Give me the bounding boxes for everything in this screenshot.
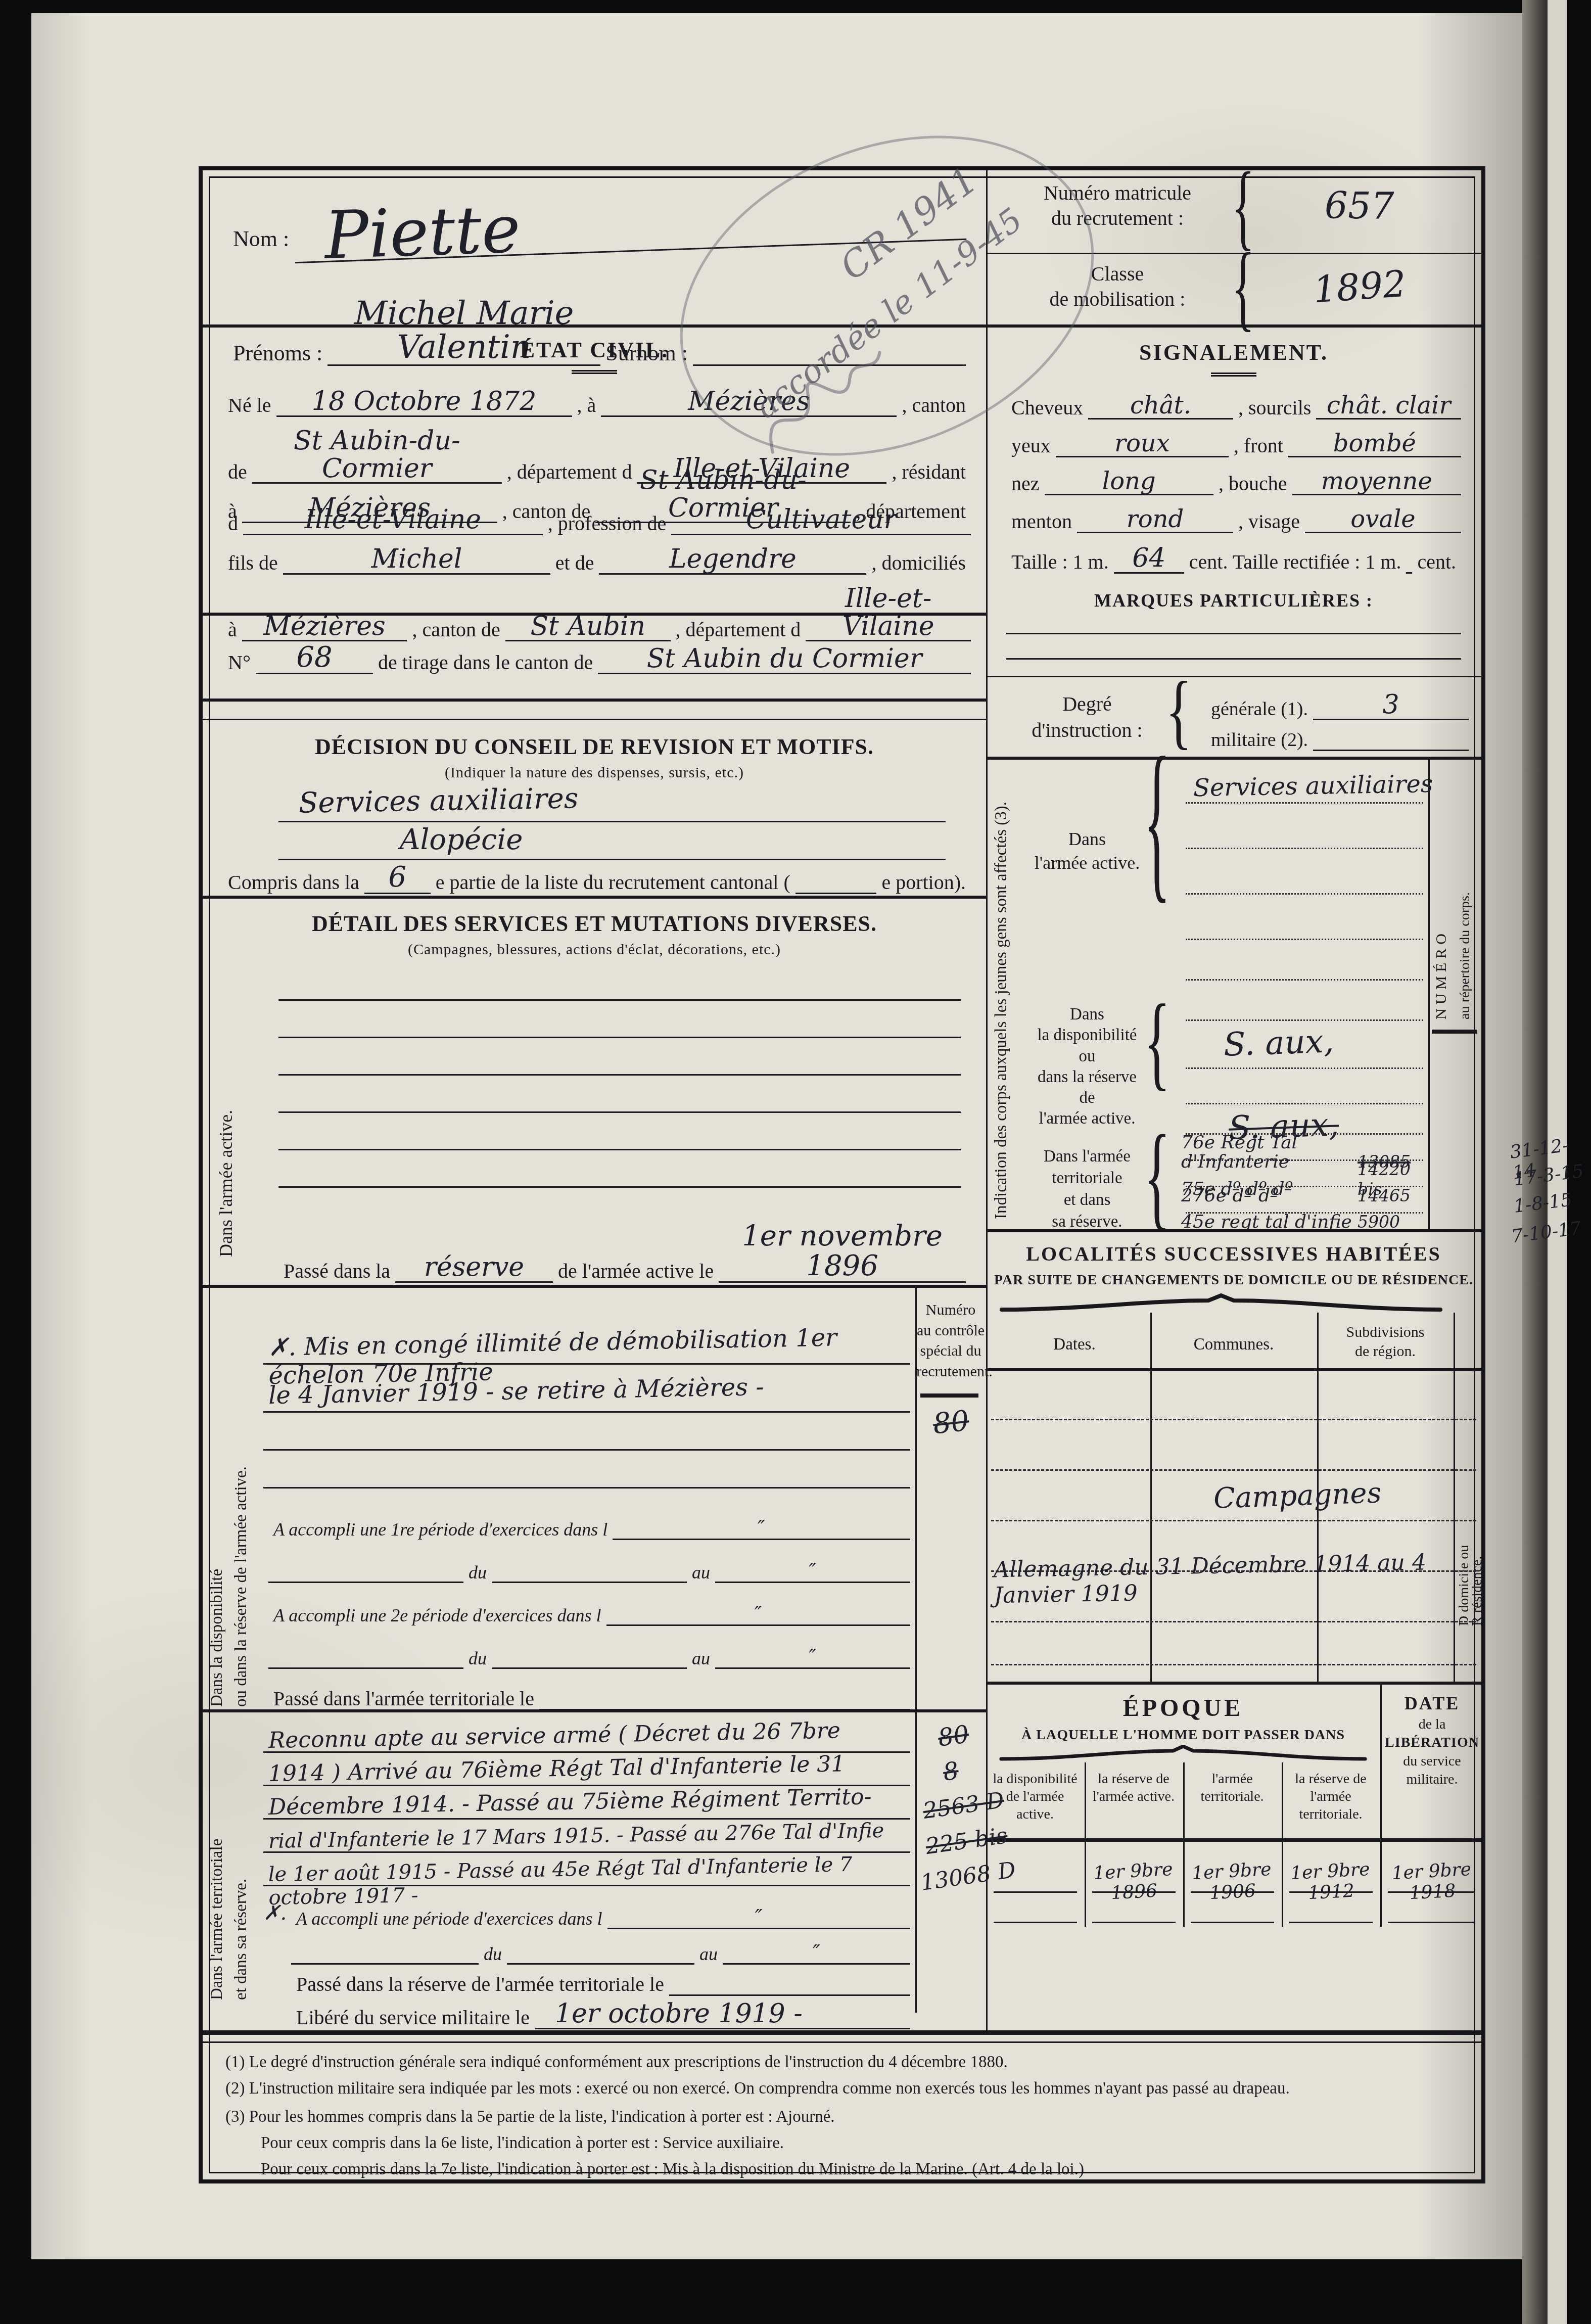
parents-canton-value: St Aubin: [505, 613, 671, 642]
epoque-title: ÉPOQUE: [986, 1694, 1380, 1722]
profession-value: Cultivateur: [671, 506, 971, 535]
sourcils-value: chât. clair: [1316, 393, 1461, 420]
a-label: , à: [572, 393, 601, 417]
matricule-form: Nom : Piette Prénoms : Michel Marie Vale…: [199, 166, 1485, 2183]
dispo-du-au-row-2: du au ″: [268, 1646, 910, 1669]
degre-generale-value: 3: [1313, 691, 1469, 720]
corps-g2-label-5: de: [1032, 1088, 1143, 1108]
corps-g2-label-6: l'armée active.: [1032, 1108, 1143, 1129]
nom-label: Nom :: [228, 226, 294, 252]
passe-reserve-date: 1er novembre 1896: [719, 1222, 966, 1283]
numero-controle-header-rule: [920, 1393, 978, 1398]
terr-hw-line: le 1er août 1915 - Passé au 45e Régt Tal…: [268, 1852, 910, 1910]
section-rule: [986, 1682, 1481, 1685]
au-label: au: [694, 1943, 723, 1965]
section-rule: [203, 896, 986, 899]
ditto-mark: ″: [613, 1517, 910, 1540]
footnote-3: (3) Pour les hommes compris dans la 5e p…: [225, 2108, 1459, 2126]
bouche-value: moyenne: [1292, 469, 1461, 495]
sig-row-1: Cheveux chât. , sourcils chât. clair: [1006, 393, 1461, 420]
corps-g1-label: Dans l'armée active.: [1032, 827, 1143, 875]
epoque-col-header: l'armée territoriale.: [1184, 1770, 1280, 1805]
footnote-2: (2) L'instruction militaire sera indiqué…: [225, 2079, 1459, 2098]
visage-value: ovale: [1305, 506, 1461, 533]
dispo-side-label-1: Dans la disponibilité: [208, 1323, 226, 1707]
compris-row: Compris dans la 6 e partie de la liste d…: [223, 863, 971, 894]
sig-row-4: menton rond , visage ovale: [1006, 506, 1461, 533]
x-mark: ✗.: [263, 1901, 287, 1925]
ruled-line: [1092, 1922, 1176, 1923]
ruled-line: [278, 859, 946, 860]
tirage-canton-value: St Aubin du Cormier: [598, 645, 971, 674]
corps-g2-label: Dans la disponibilité ou dans la réserve…: [1032, 1004, 1143, 1130]
table-row-line: [991, 1520, 1476, 1521]
corps-g2-label-3: ou: [1032, 1046, 1143, 1067]
dotted-line: [1186, 1103, 1423, 1104]
sig-row-2: yeux roux , front bombé: [1006, 431, 1461, 457]
corps-row: 276e dº dº 14465: [1178, 1186, 1428, 1205]
corps-g1-label-2: l'armée active.: [1032, 851, 1143, 875]
detail-title: DÉTAIL DES SERVICES ET MUTATIONS DIVERSE…: [203, 911, 986, 937]
menton-value: rond: [1077, 506, 1233, 533]
dispo-periode1-row: A accompli une 1re période d'exercices d…: [268, 1517, 910, 1540]
libere-label: Libéré du service militaire le: [291, 2006, 535, 2029]
epoque-date-header: DATE de la LIBÉRATION du service militai…: [1383, 1692, 1481, 1789]
periode2-label: A accompli une 2e période d'exercices da…: [268, 1605, 606, 1626]
ditto-mark: ″: [715, 1560, 910, 1583]
residence-departement-value: Ille-et-Vilaine: [243, 506, 543, 535]
localites-col-subdiv-2: de région.: [1322, 1343, 1448, 1360]
blank-segment: [669, 1994, 910, 1996]
terr-num: 8: [941, 1756, 960, 1787]
unit-number: 14465: [1358, 1186, 1428, 1205]
epoque-date-header-4: du service: [1383, 1752, 1481, 1771]
terr-hw-line: Décembre 1914. - Passé au 75ième Régimen…: [268, 1783, 911, 1820]
campagnes-value: Allemagne du 31 Décembre 1914 au 4 Janvi…: [993, 1549, 1479, 1609]
passe-reserve-terr-label: Passé dans la réserve de l'armée territo…: [291, 1972, 669, 1996]
footnote-4: Pour ceux compris dans la 6e liste, l'in…: [261, 2134, 1459, 2153]
epoque-date-header-5: militaire.: [1383, 1771, 1481, 1789]
degre-generale-label: générale (1).: [1206, 698, 1313, 720]
taille-rectifiee-label: cent. Taille rectifiée : 1 m.: [1184, 550, 1407, 574]
footnote-top-rule: [203, 2030, 1481, 2035]
passe-reserve-value: réserve: [395, 1253, 553, 1283]
dispo-du-au-row-1: du au ″: [268, 1560, 910, 1583]
footnote-5: Pour ceux compris dans la 7e liste, l'in…: [261, 2160, 1459, 2179]
numero-controle-header-4: recrutement.: [916, 1362, 985, 1382]
front-label: , front: [1229, 434, 1288, 457]
du-label: du: [463, 1562, 492, 1583]
taille-label: Taille : 1 m.: [1006, 550, 1114, 574]
ruled-line: [1388, 1922, 1474, 1923]
sig-row-taille: Taille : 1 m. 64 cent. Taille rectifiée …: [1006, 544, 1461, 574]
du-label: du: [463, 1648, 492, 1669]
blank-segment: [492, 1667, 687, 1669]
corps-g2-value: S. aux,: [1223, 1022, 1335, 1064]
table-row-line: [991, 1419, 1476, 1420]
table-row-line: [991, 1664, 1476, 1665]
yeux-value: roux: [1056, 431, 1229, 457]
blank-segment: [268, 1582, 463, 1583]
epoque-date-header-3: LIBÉRATION: [1383, 1734, 1481, 1752]
degre-militaire-blank: [1313, 750, 1469, 751]
ditto-mark: ″: [606, 1603, 911, 1626]
ruled-line: [263, 1487, 910, 1489]
et-de-label: et de: [550, 551, 599, 575]
section-rule-thin: [986, 676, 1481, 677]
section-rule: [203, 1709, 986, 1712]
detail-subtitle: (Campagnes, blessures, actions d'éclat, …: [203, 941, 986, 958]
numero-tirage-value: 68: [256, 643, 373, 674]
compris-label-2: e partie de la liste du recrutement cant…: [431, 870, 795, 894]
dotted-line: [1186, 802, 1423, 804]
numero-controle-header-1: Numéro: [916, 1300, 985, 1321]
unit-value: 276e dº dº: [1178, 1186, 1358, 1205]
blank-segment: [507, 1963, 694, 1965]
table-row-line: [991, 1469, 1476, 1471]
epoque-date-header-1: DATE: [1383, 1692, 1481, 1715]
numero-controle-header: Numéro au contrôle spécial du recrutemen…: [916, 1300, 985, 1382]
ruled-line: [278, 821, 946, 822]
terr-num: 13068 D: [919, 1857, 1017, 1896]
ruled-line: [1006, 658, 1461, 660]
ruled-line: [278, 999, 961, 1001]
section-rule: [986, 1229, 1481, 1232]
decision-title: DÉCISION DU CONSEIL DE REVISION ET MOTIF…: [203, 734, 986, 760]
ruled-line: [1289, 1922, 1373, 1923]
ditto-mark: ″: [607, 1907, 910, 1929]
etat-line-5: fils de Michel et de Legendre , domicili…: [223, 545, 971, 575]
periode1-label: A accompli une 1re période d'exercices d…: [268, 1519, 613, 1540]
mother-name-value: Legendre: [599, 545, 866, 575]
localites-col-dates: Dates.: [1001, 1335, 1148, 1354]
tirage-text: de tirage dans le canton de: [373, 650, 598, 674]
table-row-line: [991, 1621, 1476, 1622]
epoque-col-header: la réserve de l'armée territoriale.: [1283, 1770, 1379, 1823]
ruled-line: [278, 1074, 961, 1076]
localites-title: LOCALITÉS SUCCESSIVES HABITÉES: [986, 1242, 1481, 1266]
corps-g3-label-1: Dans l'armée: [1032, 1146, 1143, 1168]
departement-label: , département d: [671, 618, 806, 641]
father-name-value: Michel: [283, 545, 550, 575]
campagnes-heading: Campagnes: [1213, 1476, 1382, 1515]
nez-label: nez: [1006, 472, 1045, 495]
section-rule-thin: [203, 719, 986, 720]
corps-side-label: Indication des corps auxquels les jeunes…: [992, 764, 1011, 1219]
decision-subtitle: (Indiquer la nature des dispenses, sursi…: [203, 764, 986, 781]
ditto-mark: ″: [723, 1942, 910, 1965]
ruled-line: [1289, 1891, 1373, 1893]
numero-controle-column-line: [915, 1285, 917, 2013]
domicilies-label: , domiciliés: [866, 551, 971, 575]
epoque-date-column-line: [1380, 1682, 1382, 1927]
corps-g3-label-3: et dans: [1032, 1189, 1143, 1211]
ruled-line: [1388, 1891, 1474, 1893]
blank-segment: [291, 1963, 479, 1965]
compris-label-3: e portion).: [876, 870, 971, 894]
a-label: à: [223, 618, 242, 641]
cheveux-value: chât.: [1088, 393, 1233, 420]
numero-controle-header-2: au contrôle: [916, 1321, 985, 1341]
dispo-periode2-row: A accompli une 2e période d'exercices da…: [268, 1603, 910, 1626]
profession-label: , profession de: [543, 512, 671, 535]
cent-label: cent.: [1412, 550, 1461, 574]
epoque-value: 1er 9bre 1912: [1282, 1858, 1380, 1905]
corps-g2-label-4: dans la réserve: [1032, 1067, 1143, 1088]
decision-value-2: Alopécie: [400, 823, 523, 856]
terr-hw-line: rial d'Infanterie le 17 Mars 1915. - Pas…: [268, 1819, 911, 1853]
terr-hw-line: Reconnu apte au service armé ( Décret du…: [268, 1716, 911, 1753]
title-ornament: [1211, 373, 1256, 377]
degre-militaire-label: militaire (2).: [1206, 729, 1313, 751]
d-label: d: [223, 512, 243, 535]
ruled-line: [994, 1891, 1077, 1893]
degre-generale-row: générale (1). 3: [1206, 691, 1469, 720]
epoque-value: 1er 9bre 1896: [1085, 1858, 1183, 1905]
compris-label: Compris dans la: [223, 870, 364, 894]
ruled-line: [263, 1411, 910, 1413]
brace-icon: {: [1144, 748, 1171, 891]
terr-num: 80: [936, 1720, 970, 1752]
menton-label: menton: [1006, 509, 1077, 533]
taille-rectifiee-blank: [1406, 572, 1412, 574]
nez-value: long: [1045, 469, 1213, 495]
scanned-military-register-page: { "pencil": {"l1": "CR 1941", "l2": "acc…: [0, 0, 1591, 2324]
cheveux-label: Cheveux: [1006, 396, 1088, 420]
du-label: du: [479, 1943, 507, 1965]
brace-icon: {: [1144, 999, 1171, 1084]
ruled-line: [263, 1818, 910, 1820]
passe-label: Passé dans la: [278, 1259, 395, 1283]
ruled-line: [278, 1111, 961, 1113]
numero-repertoire-header-rule: [1432, 1030, 1477, 1034]
table-header-rule: [986, 1368, 1481, 1371]
front-value: bombé: [1288, 431, 1461, 457]
etat-line-4: d Ille-et-Vilaine , profession de Cultiv…: [223, 506, 971, 535]
dotted-line: [1186, 848, 1423, 849]
brace-ornament-icon: [999, 1293, 1443, 1314]
passe-territoriale-label: Passé dans l'armée territoriale le: [268, 1687, 539, 1710]
section-rule: [203, 699, 986, 702]
corps-g3-label-2: territoriale: [1032, 1168, 1143, 1189]
blank-segment: [492, 1582, 687, 1583]
corps-g2-label-2: la disponibilité: [1032, 1025, 1143, 1046]
passe-reserve-row: Passé dans la réserve de l'armée active …: [278, 1222, 966, 1283]
corps-g2-label-1: Dans: [1032, 1004, 1143, 1025]
yeux-label: yeux: [1006, 434, 1056, 457]
ruled-line: [1092, 1891, 1176, 1893]
numero-controle-header-3: spécial du: [916, 1341, 985, 1362]
au-label: au: [687, 1648, 715, 1669]
taille-value: 64: [1114, 544, 1184, 574]
portion-blank: [795, 893, 877, 894]
ruled-line: [994, 1922, 1077, 1923]
corps-g1-value: Services auxiliaires: [1193, 770, 1433, 802]
birth-date-value: 18 Octobre 1872: [276, 388, 572, 417]
ruled-line: [263, 1449, 910, 1451]
classe-value: 1892: [1256, 258, 1462, 315]
terr-passe-reserve-row: Passé dans la réserve de l'armée territo…: [291, 1972, 910, 1996]
footnote-top-rule-thin: [203, 2041, 1481, 2043]
brace-icon: {: [1144, 1129, 1171, 1223]
dotted-line: [1186, 1019, 1423, 1021]
decision-value-1: Services auxiliaires: [298, 782, 579, 820]
libere-date-value: 1er octobre 1919 -: [535, 2000, 910, 2029]
terr-libere-row: Libéré du service militaire le 1er octob…: [291, 2000, 910, 2029]
numero-tirage-label: N°: [223, 650, 256, 674]
periode-label: A accompli une période d'exercices dans …: [291, 1908, 607, 1929]
terr-side-label-1: Dans l'armée territoriale: [208, 1732, 226, 2000]
ruled-line: [263, 1885, 910, 1886]
dotted-line: [1186, 979, 1423, 981]
main-column-divider: [986, 170, 988, 2030]
section-rule: [203, 613, 986, 616]
detail-side-label: Dans l'armée active.: [215, 974, 237, 1257]
dotted-line: [1186, 893, 1423, 895]
tirage-row: N° 68 de tirage dans le canton de St Aub…: [223, 643, 971, 674]
blank-segment: [268, 1667, 463, 1669]
brace-ornament-icon: [999, 1745, 1368, 1763]
dotted-line: [1186, 1067, 1423, 1069]
ruled-line: [1191, 1891, 1274, 1893]
terr-periode-row: A accompli une période d'exercices dans …: [291, 1907, 910, 1929]
marques-title: MARQUES PARTICULIÈRES :: [986, 590, 1481, 611]
degre-militaire-row: militaire (2).: [1206, 729, 1469, 751]
degre-label: Degré d'instruction :: [1021, 691, 1153, 743]
ditto-mark: ″: [715, 1646, 910, 1669]
section-rule: [203, 1285, 986, 1288]
parents-commune-value: Mézières: [242, 613, 407, 642]
dotted-line: [1186, 939, 1423, 940]
numero-repertoire-header-1: NUMÉRO: [1433, 767, 1450, 1019]
brace-icon: {: [1229, 248, 1258, 325]
ne-le-label: Né le: [223, 393, 276, 417]
passe-label-2: de l'armée active le: [553, 1259, 719, 1283]
ruled-line: [263, 1363, 910, 1365]
sig-row-3: nez long , bouche moyenne: [1006, 469, 1461, 495]
epoque-liberation-value: 1er 9bre 1918: [1382, 1858, 1482, 1905]
corps-g1-label-1: Dans: [1032, 827, 1143, 851]
terr-du-au-row: du au ″: [291, 1942, 910, 1965]
visage-label: , visage: [1233, 509, 1305, 533]
epoque-date-header-2: de la: [1383, 1715, 1481, 1734]
terr-side-label-2: et dans sa réserve.: [232, 1732, 251, 2000]
epoque-subtitle: À LAQUELLE L'HOMME DOIT PASSER DANS: [986, 1727, 1380, 1743]
ruled-line: [278, 1149, 961, 1150]
ruled-line: [278, 1037, 961, 1038]
au-label: au: [687, 1562, 715, 1583]
epoque-value: 1er 9bre 1906: [1183, 1858, 1281, 1905]
localites-subtitle: PAR SUITE DE CHANGEMENTS DE DOMICILE OU …: [986, 1272, 1481, 1288]
liste-partie-value: 6: [364, 863, 431, 894]
canton-de-label: , canton de: [407, 618, 505, 641]
ruled-line: [1006, 633, 1461, 634]
terr-num: 225 bis: [924, 1823, 1009, 1860]
degre-label-2: d'instruction :: [1021, 717, 1153, 743]
terr-hw-line: 1914 ) Arrivé au 76ième Régt Tal d'Infan…: [268, 1750, 911, 1787]
dispo-passe-terr-row: Passé dans l'armée territoriale le: [268, 1687, 910, 1710]
corps-g3-label: Dans l'armée territoriale et dans sa rés…: [1032, 1146, 1143, 1233]
ruled-line: [1191, 1922, 1274, 1923]
epoque-col-header: la réserve de l'armée active.: [1086, 1770, 1182, 1805]
fils-de-label: fils de: [223, 551, 283, 575]
section-rule: [986, 757, 1481, 760]
bouche-label: , bouche: [1213, 472, 1292, 495]
localites-col-communes: Communes.: [1155, 1335, 1312, 1354]
numero-repertoire-column-line: [1428, 757, 1430, 1229]
ruled-line: [263, 1851, 910, 1853]
localites-col-subdiv-1: Subdivisions: [1322, 1324, 1448, 1341]
dispo-numero-value: 80: [931, 1404, 971, 1440]
title-ornament: [572, 370, 617, 374]
numero-matricule-value: 657: [1258, 184, 1461, 227]
degre-label-1: Degré: [1021, 691, 1153, 717]
dispo-side-label-2: ou dans la réserve de l'armée active.: [232, 1323, 251, 1707]
ruled-line: [278, 1186, 961, 1188]
sourcils-label: , sourcils: [1233, 396, 1316, 420]
numero-repertoire-header-2: au répertoire du corps.: [1457, 767, 1473, 1019]
footnote-1: (1) Le degré d'instruction générale sera…: [225, 2053, 1459, 2072]
table-header-rule: [986, 1838, 1481, 1842]
